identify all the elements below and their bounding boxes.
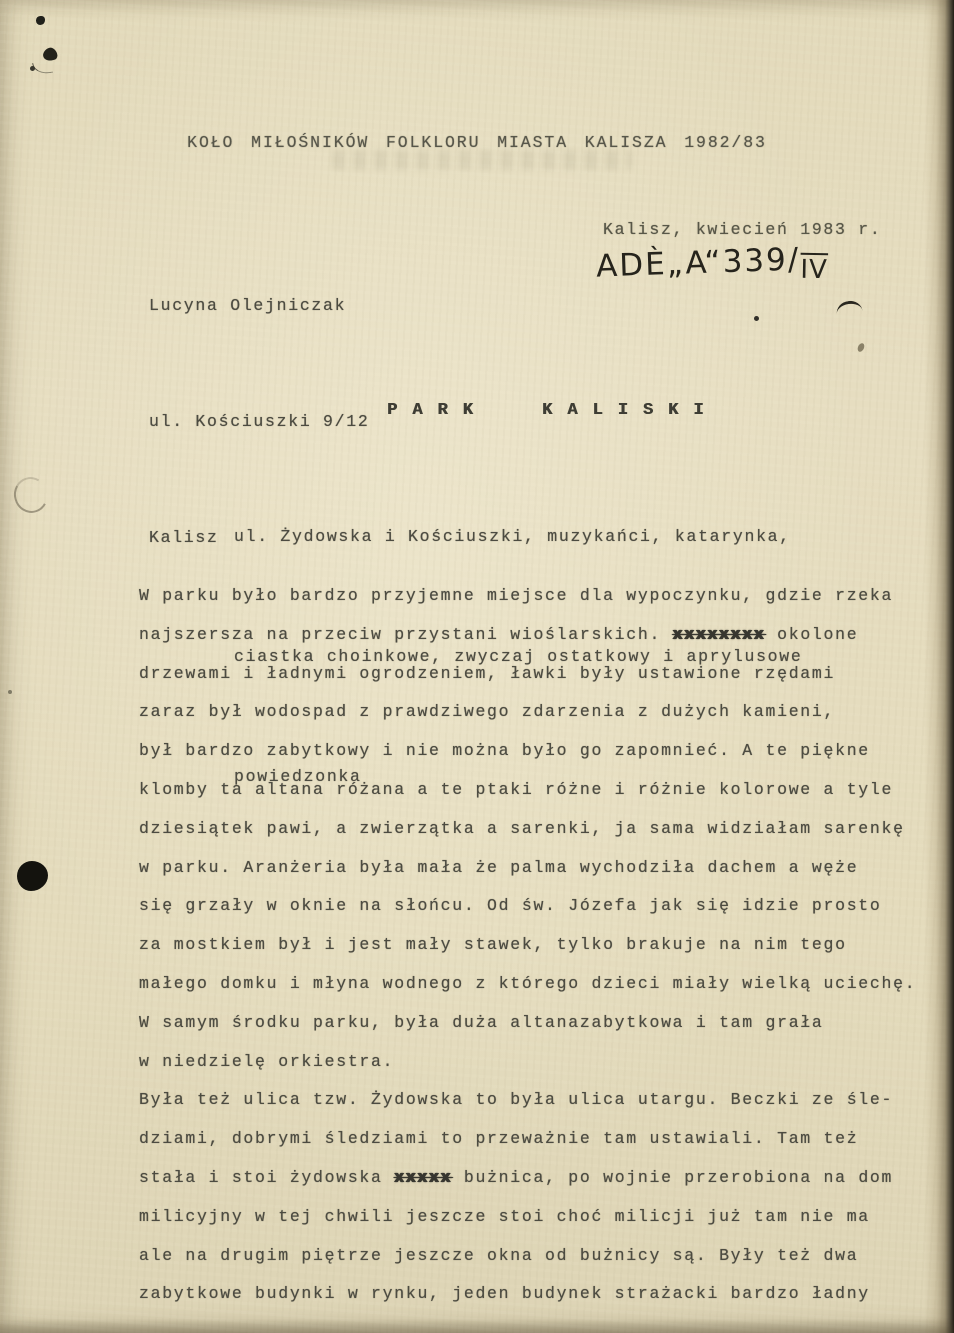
author-street: ul. Kościuszki 9/12 [149, 403, 369, 442]
subtitle-line: ul. Żydowska i Kościuszki, muzykańci, ka… [234, 518, 802, 561]
annotation-prefix: ADÈ„A“339/ [595, 241, 800, 284]
body-line: drzewami i ładnymi ogrodzeniem, ławki by… [139, 655, 916, 694]
body-text-segment: okolone [766, 625, 859, 644]
body-text-segment: dziesiątek pawi, a zwierzątka a sarenki,… [139, 819, 905, 838]
overstruck-word: xxxxx [394, 1168, 452, 1187]
body-line: małego domku i młyna wodnego z którego d… [139, 965, 916, 1004]
body-line: stała i stoi żydowska xxxxx bużnica, po … [139, 1159, 916, 1198]
body-text-segment: się grzały w oknie na słońcu. Od św. Józ… [139, 896, 882, 915]
body-line: klomby ta altana różana a te ptaki różne… [139, 771, 916, 810]
body-text-segment: bużnica, po wojnie przerobiona na dom [452, 1168, 893, 1187]
black-ink-dot [17, 861, 48, 891]
body-text-segment: Była też ulica tzw. Żydowska to była uli… [139, 1090, 893, 1109]
ink-squiggle [41, 46, 59, 63]
body-text-segment: w parku. Aranżeria była mała że palma wy… [139, 858, 858, 877]
annotation-roman-numeral: IV [800, 255, 828, 285]
body-line: za mostkiem był i jest mały stawek, tylk… [139, 926, 916, 965]
body-text-segment: w niedzielę orkiestra. [139, 1052, 394, 1071]
scan-edge-shadow-right [924, 0, 954, 1333]
handwritten-dot [754, 316, 759, 321]
body-line: W parku było bardzo przyjemne miejsce dl… [139, 577, 916, 616]
body-text-segment: stała i stoi żydowska [139, 1168, 394, 1187]
body-text-segment: małego domku i młyna wodnego z którego d… [139, 974, 916, 993]
body-text-segment: był bardzo zabytkowy i nie można było go… [139, 741, 870, 760]
body-text-segment: zabytkowe budynki w rynku, jeden budynek… [139, 1284, 870, 1303]
body-text-segment: klomby ta altana różana a te ptaki różne… [139, 780, 893, 799]
body-text-segment: W samym środku parku, była duża altanaza… [139, 1013, 824, 1032]
body-line: W samym środku parku, była duża altanaza… [139, 1004, 916, 1043]
ink-speck [36, 16, 45, 25]
body-text-segment: ale na drugim piętrze jeszcze okna od bu… [139, 1246, 858, 1265]
body-text-segment: najszersza na przeciw przystani wioślars… [139, 625, 673, 644]
ink-speck [8, 690, 12, 694]
pencil-curve-mark [10, 473, 52, 517]
body-text-segment: zaraz był wodospad z prawdziwego zdarzen… [139, 702, 835, 721]
body-line: się grzały w oknie na słońcu. Od św. Józ… [139, 887, 916, 926]
scan-edge-shadow-bottom [0, 1319, 954, 1333]
body-text-segment: milicyjny w tej chwili jeszcze stoi choć… [139, 1207, 870, 1226]
body-line: zabytkowe budynki w rynku, jeden budynek… [139, 1275, 916, 1314]
body-paragraph: W parku było bardzo przyjemne miejsce dl… [139, 577, 916, 1314]
page-title: PARK KALISKI [387, 392, 718, 431]
body-line: Była też ulica tzw. Żydowska to była uli… [139, 1081, 916, 1120]
body-text-segment: za mostkiem był i jest mały stawek, tylk… [139, 935, 847, 954]
body-line: w parku. Aranżeria była mała że palma wy… [139, 849, 916, 888]
handwritten-dash [835, 299, 863, 315]
body-line: był bardzo zabytkowy i nie można było go… [139, 732, 916, 771]
body-line: milicyjny w tej chwili jeszcze stoi choć… [139, 1198, 916, 1237]
body-text-segment: dziami, dobrymi śledziami to przeważnie … [139, 1129, 858, 1148]
body-line: zaraz był wodospad z prawdziwego zdarzen… [139, 693, 916, 732]
ink-speck [30, 66, 35, 71]
body-line: dziami, dobrymi śledziami to przeważnie … [139, 1120, 916, 1159]
ghost-text-smudge [332, 150, 632, 170]
body-line: dziesiątek pawi, a zwierzątka a sarenki,… [139, 810, 916, 849]
overstruck-word: xxxxxxxx [673, 625, 766, 644]
body-text-segment: W parku było bardzo przyjemne miejsce dl… [139, 586, 893, 605]
ink-speck [856, 342, 865, 353]
body-text-segment: drzewami i ładnymi ogrodzeniem, ławki by… [139, 664, 835, 683]
body-line: najszersza na przeciw przystani wioślars… [139, 616, 916, 655]
author-name: Lucyna Olejniczak [149, 287, 369, 326]
body-line: ale na drugim piętrze jeszcze okna od bu… [139, 1237, 916, 1276]
body-line: w niedzielę orkiestra. [139, 1043, 916, 1082]
scanned-typewritten-page: KOŁO MIŁOŚNIKÓW FOLKLORU MIASTA KALISZA … [0, 0, 954, 1333]
